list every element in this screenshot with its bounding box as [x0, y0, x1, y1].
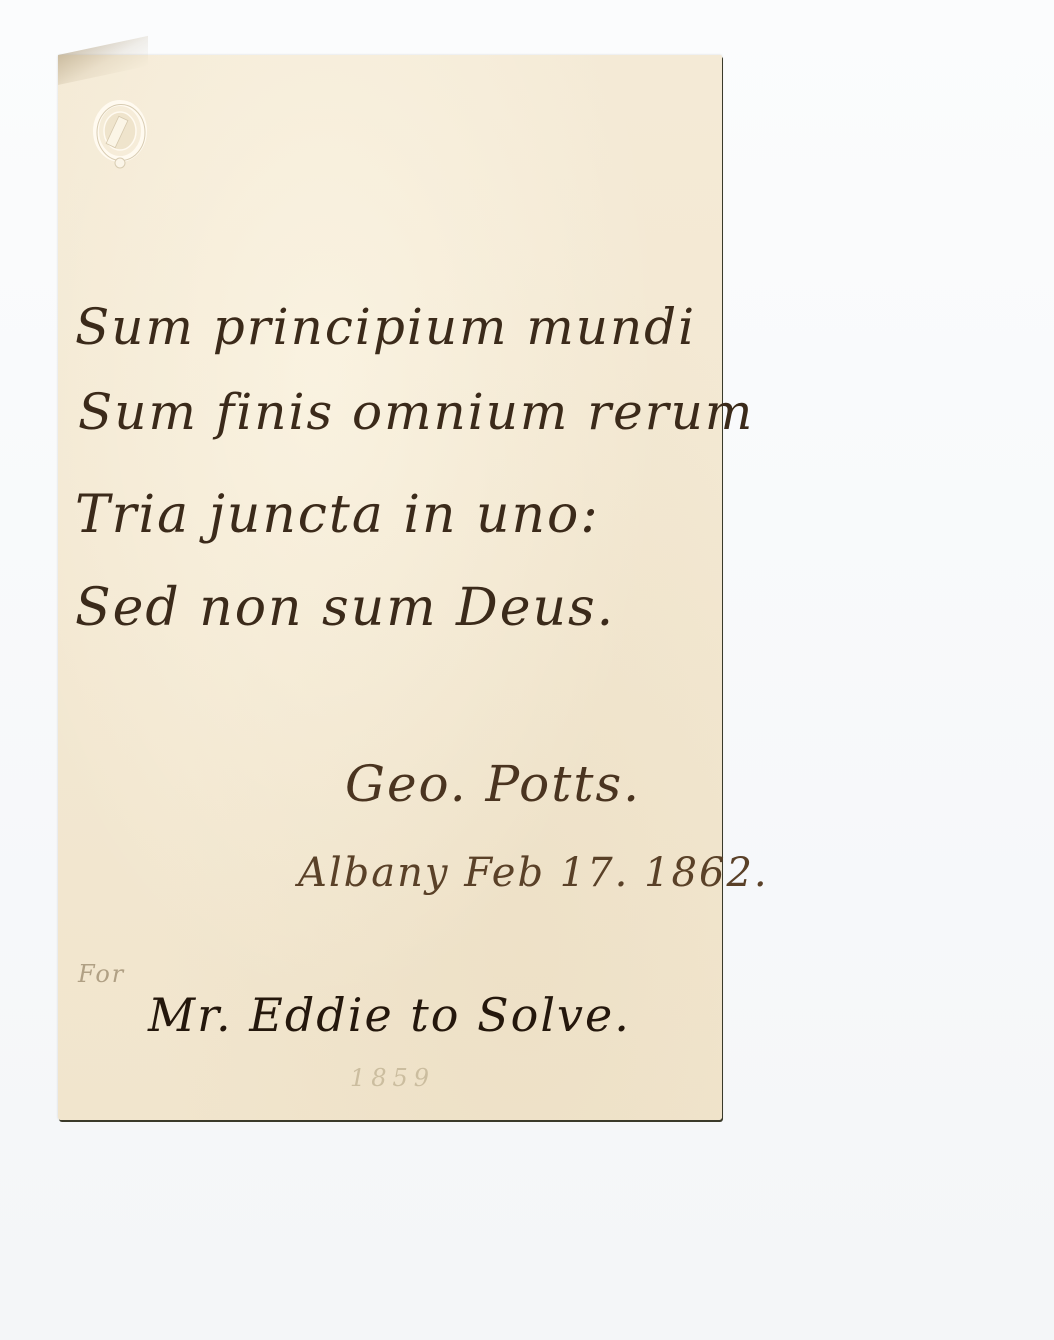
verse-line-3: Tria juncta in uno: — [75, 485, 600, 545]
verse-line-2: Sum finis omnium rerum — [78, 383, 754, 441]
signature: Geo. Potts. — [345, 755, 641, 813]
pencil-note-for: For — [78, 960, 125, 988]
embossed-seal-icon — [90, 97, 150, 175]
verse-line-4: Sed non sum Deus. — [75, 578, 615, 638]
verse-line-1: Sum principium mundi — [75, 298, 696, 356]
dateline: Albany Feb 17. 1862. — [298, 850, 769, 896]
addressee: Mr. Eddie to Solve. — [148, 988, 631, 1042]
pencil-number: 1859 — [350, 1064, 435, 1092]
